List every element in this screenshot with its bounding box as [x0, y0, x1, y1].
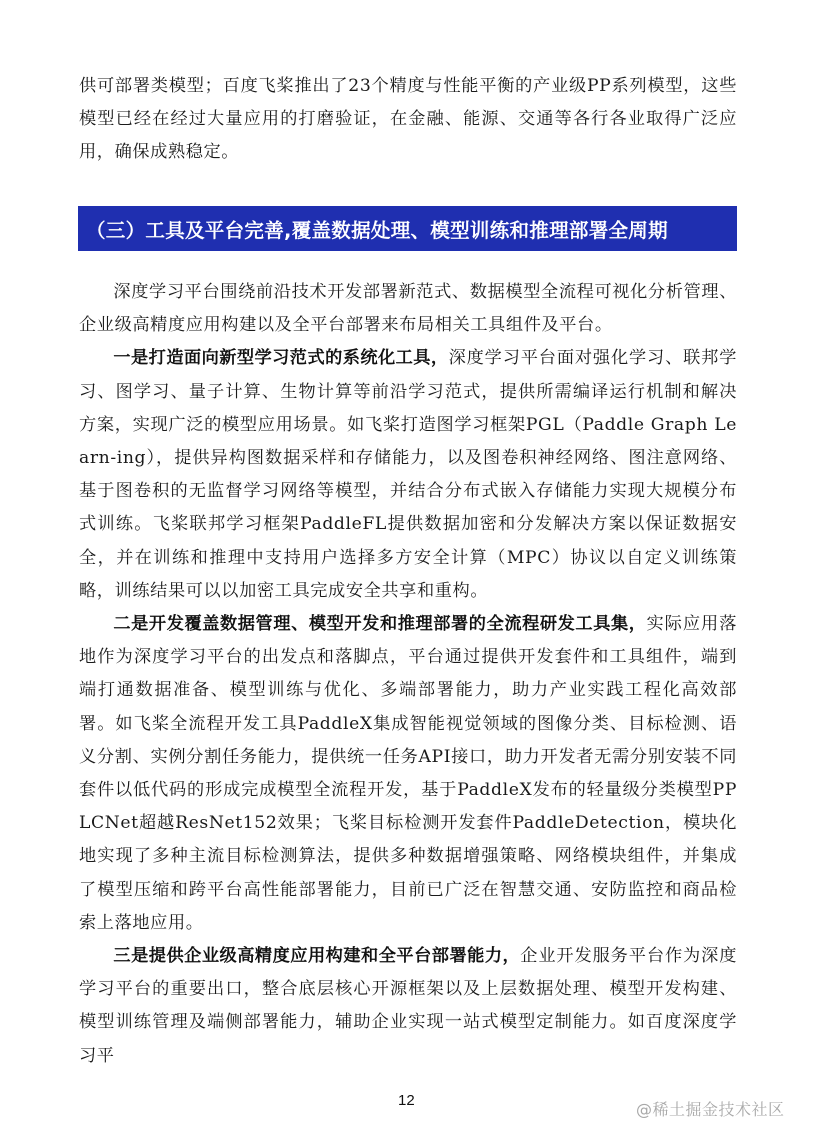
- point-3-lead: 三是提供企业级高精度应用构建和全平台部署能力，: [113, 946, 520, 966]
- point-2-lead: 二是开发覆盖数据管理、模型开发和推理部署的全流程研发工具集，: [113, 614, 646, 634]
- page-number: 12: [398, 1092, 415, 1109]
- section-body: 深度学习平台围绕前沿技术开发部署新范式、数据模型全流程可视化分析管理、企业级高精…: [79, 276, 737, 1073]
- intro-paragraph-continuation: 供可部署类模型；百度飞桨推出了23个精度与性能平衡的产业级PP系列模型，这些模型…: [79, 70, 737, 170]
- section-heading: （三）工具及平台完善,覆盖数据处理、模型训练和推理部署全周期: [86, 215, 668, 243]
- section-heading-banner: （三）工具及平台完善,覆盖数据处理、模型训练和推理部署全周期: [78, 206, 737, 251]
- point-paragraph-3: 三是提供企业级高精度应用构建和全平台部署能力，企业开发服务平台作为深度学习平台的…: [79, 940, 737, 1073]
- point-paragraph-1: 一是打造面向新型学习范式的系统化工具，深度学习平台面对强化学习、联邦学习、图学习…: [79, 342, 737, 608]
- point-1-lead: 一是打造面向新型学习范式的系统化工具，: [113, 348, 448, 368]
- point-1-body: 深度学习平台面对强化学习、联邦学习、图学习、量子计算、生物计算等前沿学习范式，提…: [79, 348, 737, 600]
- document-page: 供可部署类模型；百度飞桨推出了23个精度与性能平衡的产业级PP系列模型，这些模型…: [0, 0, 816, 1145]
- watermark: @稀土掘金技术社区: [636, 1097, 785, 1120]
- point-paragraph-2: 二是开发覆盖数据管理、模型开发和推理部署的全流程研发工具集，实际应用落地作为深度…: [79, 608, 737, 940]
- intro-paragraph-continuation-block: 供可部署类模型；百度飞桨推出了23个精度与性能平衡的产业级PP系列模型，这些模型…: [79, 70, 737, 170]
- point-2-body: 实际应用落地作为深度学习平台的出发点和落脚点，平台通过提供开发套件和工具组件，端…: [79, 614, 737, 933]
- section-intro-paragraph: 深度学习平台围绕前沿技术开发部署新范式、数据模型全流程可视化分析管理、企业级高精…: [79, 276, 737, 342]
